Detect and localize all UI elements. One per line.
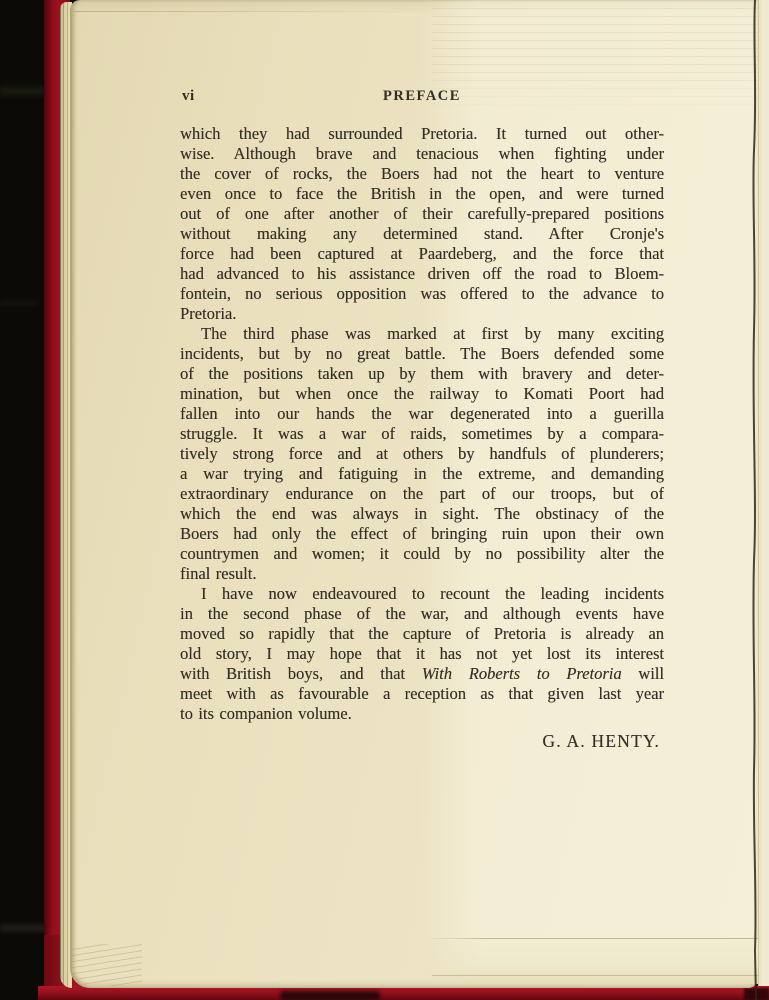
text-line: Pretoria. (180, 304, 664, 324)
text-line: fallen into our hands the war degenerate… (180, 404, 664, 424)
text-segment: fontein, no serious opposition was offer… (180, 284, 664, 303)
text-line: to its companion volume. (180, 704, 664, 724)
text-segment: a war trying and fatiguing in the extrem… (180, 464, 664, 483)
book-cover-bottom-edge (38, 986, 769, 1000)
text-line: countrymen and women; it could by no pos… (180, 544, 664, 564)
corner-page-edges (72, 944, 142, 986)
text-line: moved so rapidly that the capture of Pre… (180, 624, 664, 644)
text-line: with British boys, and that With Roberts… (180, 664, 664, 684)
text-segment: out of one after another of their carefu… (180, 204, 664, 223)
scanner-background-smudge (0, 86, 46, 96)
text-line: fontein, no serious opposition was offer… (180, 284, 664, 304)
page-header: vi PREFACE (180, 88, 664, 106)
text-line: I have now endeavoured to recount the le… (180, 584, 664, 604)
text-segment: tively strong force and at others by han… (180, 444, 664, 463)
text-line: a war trying and fatiguing in the extrem… (180, 464, 664, 484)
paragraph: The third phase was marked at first by m… (180, 324, 664, 584)
text-segment: fallen into our hands the war degenerate… (180, 404, 664, 423)
text-line: out of one after another of their carefu… (180, 204, 664, 224)
text-line: even once to face the British in the ope… (180, 184, 664, 204)
book-page: vi PREFACE which they had surrounded Pre… (70, 0, 758, 988)
text-segment: meet with as favourable a reception as t… (180, 684, 664, 703)
text-segment: mination, but when once the railway to K… (180, 384, 664, 403)
text-block: vi PREFACE which they had surrounded Pre… (180, 0, 664, 900)
running-title: PREFACE (180, 88, 664, 105)
text-segment: struggle. It was a war of raids, sometim… (180, 424, 664, 443)
text-line: The third phase was marked at first by m… (180, 324, 664, 344)
text-segment: old story, I may hope that it has not ye… (180, 644, 664, 663)
text-segment: wise. Although brave and tenacious when … (180, 144, 664, 163)
text-line: incidents, but by no great battle. The B… (180, 344, 664, 364)
text-line: which the end was always in sight. The o… (180, 504, 664, 524)
text-segment: The third phase was marked at first by m… (201, 324, 664, 343)
book-title-italic: With Roberts to Pretoria (422, 664, 622, 683)
text-segment: countrymen and women; it could by no pos… (180, 544, 664, 563)
text-line: had advanced to his assistance driven of… (180, 264, 664, 284)
text-segment: moved so rapidly that the capture of Pre… (180, 624, 664, 643)
text-segment: which the end was always in sight. The o… (180, 504, 664, 523)
text-line: in the second phase of the war, and alth… (180, 604, 664, 624)
paragraph: I have now endeavoured to recount the le… (180, 584, 664, 724)
text-segment: will (622, 664, 664, 683)
text-line: of the positions taken up by them with b… (180, 364, 664, 384)
text-segment: Boers had only the effect of bringing ru… (180, 524, 664, 543)
text-segment: incidents, but by no great battle. The B… (180, 344, 664, 363)
next-page-edge (758, 0, 769, 986)
fore-edge-seam (432, 975, 760, 976)
text-segment: Pretoria. (180, 304, 236, 323)
text-line: Boers had only the effect of bringing ru… (180, 524, 664, 544)
text-line: old story, I may hope that it has not ye… (180, 644, 664, 664)
text-segment: without making any determined stand. Aft… (180, 224, 664, 243)
text-line: tively strong force and at others by han… (180, 444, 664, 464)
text-line: meet with as favourable a reception as t… (180, 684, 664, 704)
text-segment: the cover of rocks, the Boers had not th… (180, 164, 664, 183)
text-line: force had been captured at Paardeberg, a… (180, 244, 664, 264)
text-segment: extraordinary endurance on the part of o… (180, 484, 664, 503)
text-segment: to its companion volume. (180, 704, 352, 723)
text-segment: which they had surrounded Pretoria. It t… (180, 124, 664, 143)
author-signature: G. A. HENTY. (180, 731, 664, 751)
text-segment: final result. (180, 564, 256, 583)
text-segment: force had been captured at Paardeberg, a… (180, 244, 664, 263)
text-line: mination, but when once the railway to K… (180, 384, 664, 404)
paragraph: which they had surrounded Pretoria. It t… (180, 124, 664, 324)
text-segment: had advanced to his assistance driven of… (180, 264, 664, 283)
body-text: which they had surrounded Pretoria. It t… (180, 124, 664, 751)
text-segment: with British boys, and that (180, 664, 422, 683)
text-line: which they had surrounded Pretoria. It t… (180, 124, 664, 144)
text-line: extraordinary endurance on the part of o… (180, 484, 664, 504)
text-line: struggle. It was a war of raids, sometim… (180, 424, 664, 444)
text-segment: even once to face the British in the ope… (180, 184, 664, 203)
underlying-pages-fore-edge (424, 938, 760, 984)
text-line: without making any determined stand. Aft… (180, 224, 664, 244)
text-line: wise. Although brave and tenacious when … (180, 144, 664, 164)
cover-shadow (280, 991, 380, 1000)
text-segment: in the second phase of the war, and alth… (180, 604, 664, 623)
text-line: final result. (180, 564, 664, 584)
text-segment: of the positions taken up by them with b… (180, 364, 664, 383)
scanner-background-smudge (0, 300, 38, 306)
text-line: the cover of rocks, the Boers had not th… (180, 164, 664, 184)
text-segment: I have now endeavoured to recount the le… (201, 584, 664, 603)
